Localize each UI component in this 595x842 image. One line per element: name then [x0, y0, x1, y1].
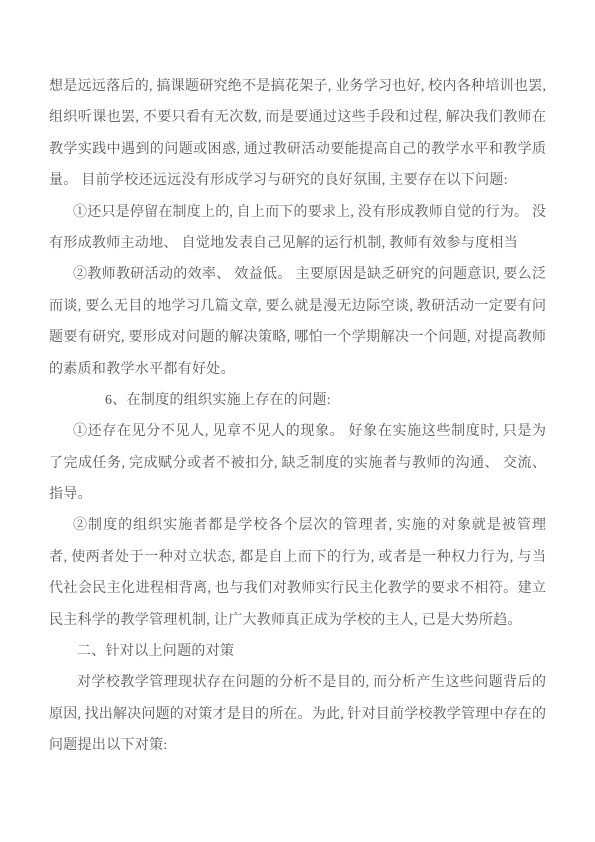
document-line: 想是远远落后的, 搞课题研究绝不是搞花架子, 业务学习也好, 校内各种培训也罢, — [49, 71, 546, 102]
document-line: 题要有研究, 要形成对问题的解决策略, 哪怕一个学期解决一个问题, 对提高教师 — [49, 322, 546, 353]
document-line: 代社会民主化进程相背离, 也与我们对教师实行民主化教学的要求不相符。建立 — [49, 573, 546, 604]
document-line: 二、针对以上问题的对策 — [49, 636, 546, 667]
document-line: 者, 使两者处于一种对立状态, 都是自上而下的行为, 或者是一种权力行为, 与当 — [49, 542, 546, 573]
document-line: 有形成教师主动地、 自觉地发表自己见解的运行机制, 教师有效参与度相当低。 — [49, 228, 546, 259]
document-line: 对学校教学管理现状存在问题的分析不是目的, 而分析产生这些问题背后的 — [49, 667, 546, 698]
document-line: ①还存在见分不见人, 见章不见人的现象。 好象在实施这些制度时, 只是为 — [49, 416, 546, 447]
document-line: 组织听课也罢, 不要只看有无次数, 而是要通过这些手段和过程, 解决我们教师在 — [49, 102, 546, 133]
document-line: 问题提出以下对策: — [49, 730, 546, 761]
document-line: 量。 目前学校还远远没有形成学习与研究的良好氛围, 主要存在以下问题: — [49, 165, 546, 196]
document-line: ②教师教研活动的效率、 效益低。 主要原因是缺乏研究的问题意识, 要么泛泛 — [49, 259, 546, 290]
document-text-body: 想是远远落后的, 搞课题研究绝不是搞花架子, 业务学习也好, 校内各种培训也罢,… — [49, 71, 546, 762]
document-line: 指导。 — [49, 479, 546, 510]
document-line: 6、在制度的组织实施上存在的问题: — [49, 385, 546, 416]
document-line: ②制度的组织实施者都是学校各个层次的管理者, 实施的对象就是被管理 — [49, 510, 546, 541]
document-line: ①还只是停留在制度上的, 自上而下的要求上, 没有形成教师自觉的行为。 没 — [49, 197, 546, 228]
document-line: 的素质和教学水平都有好处。 — [49, 354, 546, 385]
document-line: 教学实践中遇到的问题或困惑, 通过教研活动要能提高自己的教学水平和教学质 — [49, 134, 546, 165]
document-line: 原因, 找出解决问题的对策才是目的所在。为此, 针对目前学校教学管理中存在的 — [49, 699, 546, 730]
document-page: 想是远远落后的, 搞课题研究绝不是搞花架子, 业务学习也好, 校内各种培训也罢,… — [0, 0, 595, 842]
document-line: 而谈, 要么无目的地学习几篇文章, 要么就是漫无边际空谈, 教研活动一定要有问 — [49, 291, 546, 322]
document-line: 了完成任务, 完成赋分或者不被扣分, 缺乏制度的实施者与教师的沟通、 交流、 — [49, 448, 546, 479]
document-line: 民主科学的教学管理机制, 让广大教师真正成为学校的主人, 已是大势所趋。 — [49, 605, 546, 636]
